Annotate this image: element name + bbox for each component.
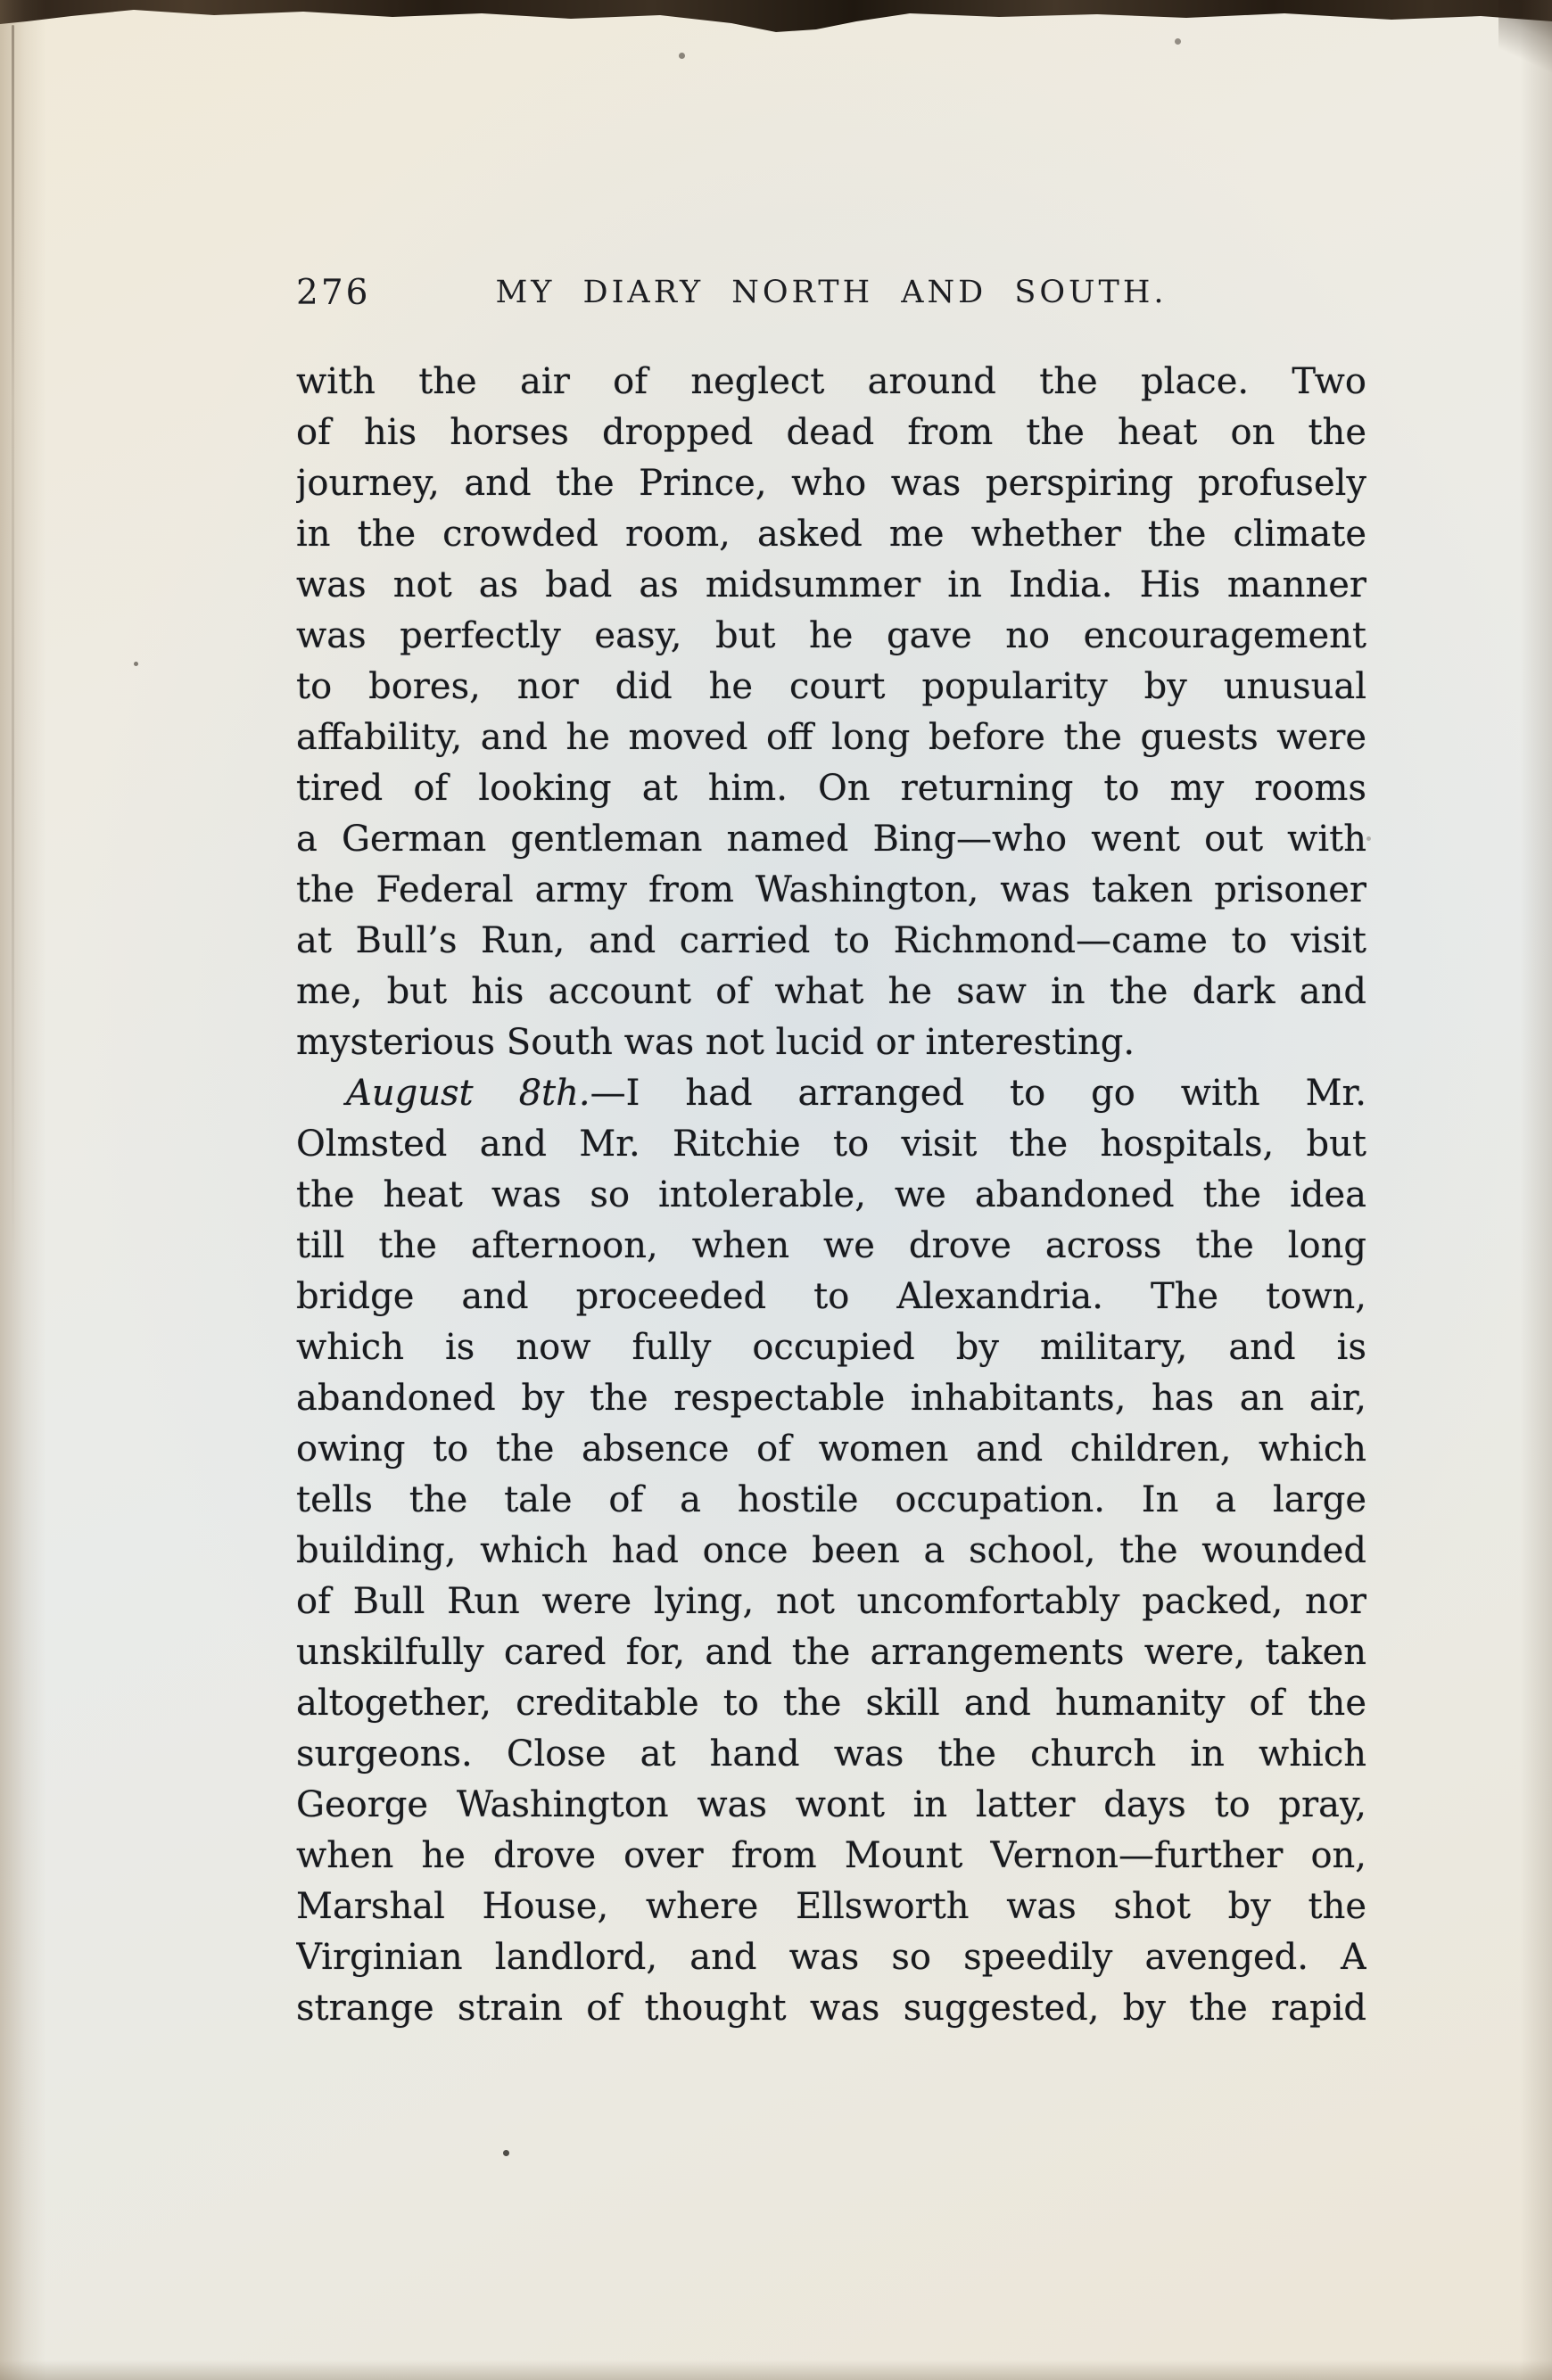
text-line: affability, and he moved off long before… [296,712,1366,763]
text-line: George Washington was wont in latter day… [296,1780,1366,1831]
text-line: was perfectly easy, but he gave no encou… [296,611,1366,662]
text-line: building, which had once been a school, … [296,1526,1366,1577]
text-body: with the air of neglect around the place… [296,357,1366,2034]
text-line: of his horses dropped dead from the heat… [296,408,1366,458]
text-line: when he drove over from Mount Vernon—fur… [296,1831,1366,1882]
page-right-shade [1520,0,1552,2380]
scan-top-edge [0,0,1552,36]
text-line: tells the tale of a hostile occupation. … [296,1475,1366,1526]
text-line: surgeons. Close at hand was the church i… [296,1729,1366,1780]
text-line: to bores, nor did he court popularity by… [296,662,1366,712]
text-line: tired of looking at him. On returning to… [296,763,1366,814]
scan-specks [0,0,4,4]
book-page: 276 MY DIARY NORTH AND SOUTH. with the a… [0,0,1552,2380]
page-header: 276 MY DIARY NORTH AND SOUTH. [296,268,1366,321]
text-line: which is now fully occupied by military,… [296,1322,1366,1373]
text-line: owing to the absence of women and childr… [296,1424,1366,1475]
text-line: at Bull’s Run, and carried to Richmond—c… [296,916,1366,967]
text-line: me, but his account of what he saw in th… [296,967,1366,1017]
text-line: Olmsted and Mr. Ritchie to visit the hos… [296,1119,1366,1170]
text-line: the Federal army from Washington, was ta… [296,865,1366,916]
text-line: was not as bad as midsummer in India. Hi… [296,560,1366,611]
text-line: August 8th.—I had arranged to go with Mr… [296,1068,1366,1119]
running-title: MY DIARY NORTH AND SOUTH. [296,275,1366,310]
text-line: with the air of neglect around the place… [296,357,1366,408]
page-left-shade [0,0,46,2380]
text-line: Virginian landlord, and was so speedily … [296,1932,1366,1983]
text-line: a German gentleman named Bing—who went o… [296,814,1366,865]
text-line: altogether, creditable to the skill and … [296,1678,1366,1729]
text-line: strange strain of thought was suggested,… [296,1983,1366,2034]
text-line: bridge and proceeded to Alexandria. The … [296,1272,1366,1322]
text-line: the heat was so intolerable, we abandone… [296,1170,1366,1221]
text-line: mysterious South was not lucid or intere… [296,1017,1366,1068]
text-line: unskilfully cared for, and the arrangeme… [296,1627,1366,1678]
page-bottom-shade [0,2360,1552,2380]
text-line: journey, and the Prince, who was perspir… [296,458,1366,509]
page-edge-crease [12,25,14,1273]
text-line: in the crowded room, asked me whether th… [296,509,1366,560]
text-line: of Bull Run were lying, not uncomfortabl… [296,1577,1366,1627]
text-line: till the afternoon, when we drove across… [296,1221,1366,1272]
text-line: abandoned by the respectable inhabitants… [296,1373,1366,1424]
text-line: Marshal House, where Ellsworth was shot … [296,1882,1366,1932]
